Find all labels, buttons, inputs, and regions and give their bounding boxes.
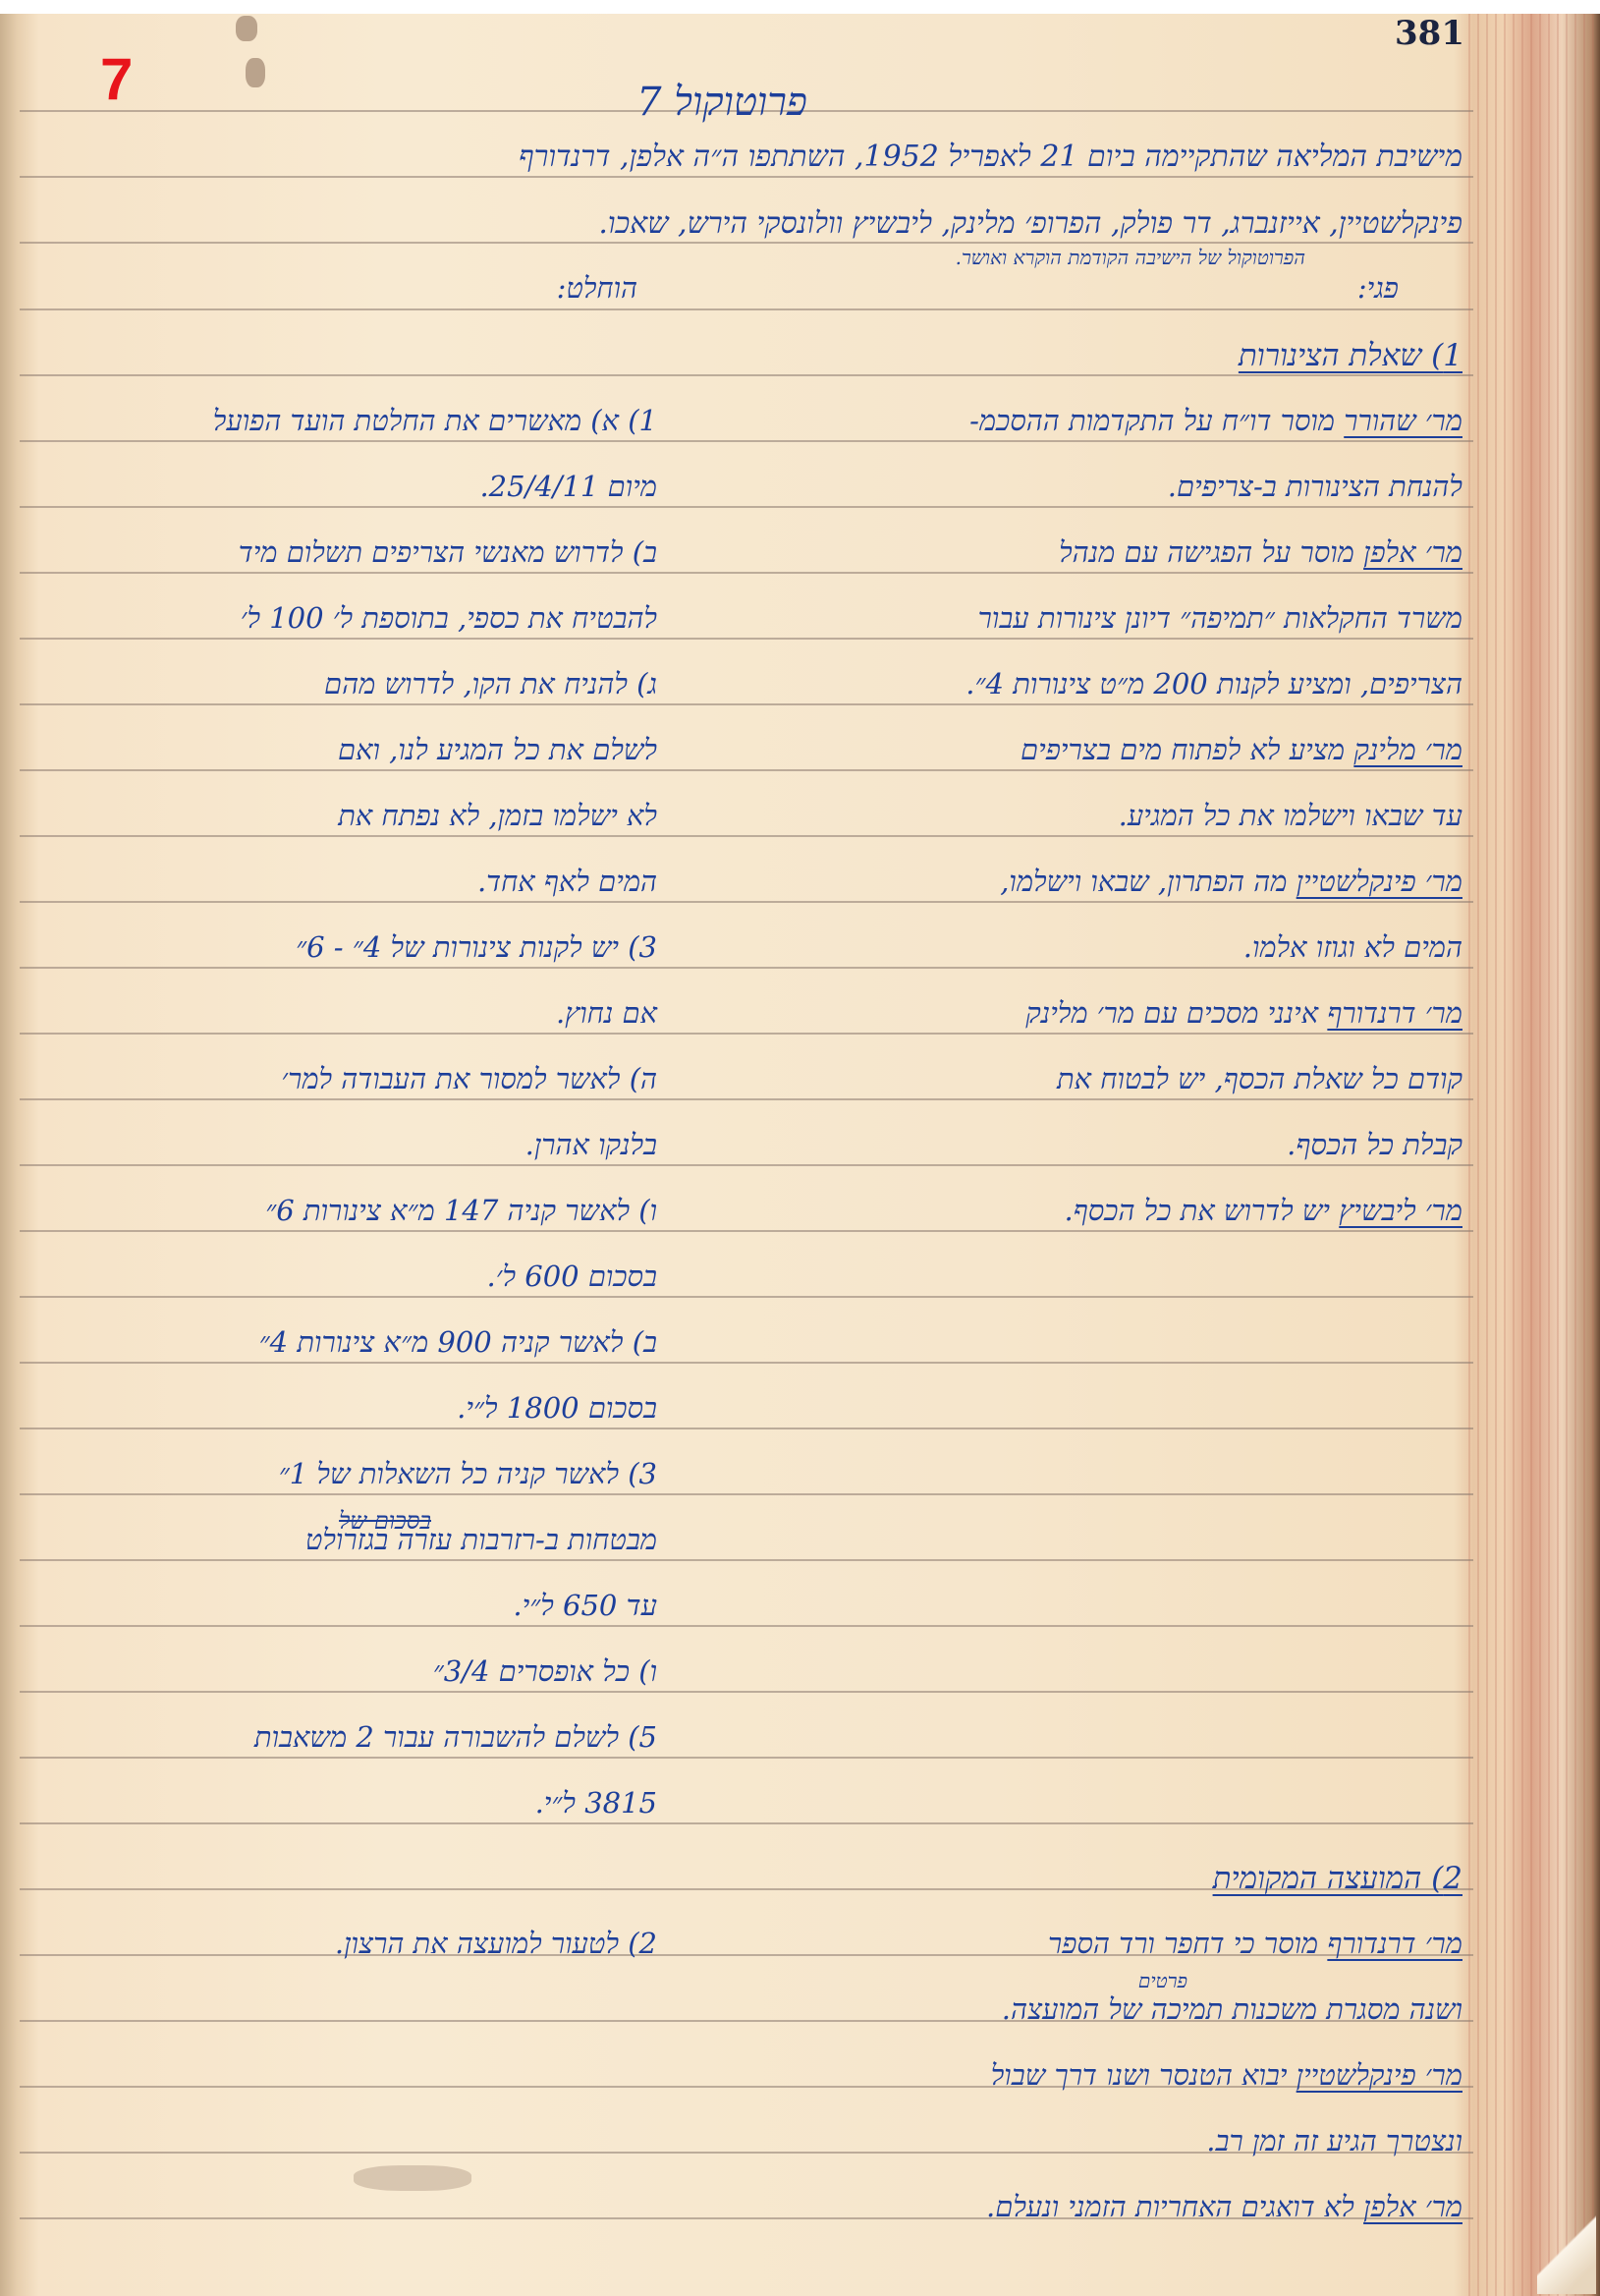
speaker-name: מר׳ פינקלשטיין — [1297, 865, 1462, 898]
speaker-name: מר׳ דרנדורף — [1327, 996, 1462, 1030]
decision-line: המים לאף אחד. — [477, 865, 657, 899]
discussion-text: ושנה מסגרת משכנות תמיכה של המועצה. — [1002, 1992, 1462, 2026]
page-edge-stripes — [1468, 14, 1596, 2296]
discussion-text: יבוא הטנסר ושנו דרך שבול — [991, 2058, 1288, 2092]
ruled-line — [20, 1230, 1473, 1232]
discussion-line: מר׳ דרנדורף מוסר כי דחפר ורד הספר — [1048, 1927, 1462, 1961]
ruled-line — [20, 1822, 1473, 1824]
discussion-text: לא דואגים האחריות הזמני ונעלם. — [986, 2190, 1354, 2223]
ruled-line — [20, 1625, 1473, 1627]
superscript-insert: פרטים — [1138, 1969, 1187, 1993]
discussion-text: קבלת כל הכסף. — [1287, 1128, 1462, 1161]
discussion-line: מר׳ פינקלשטיין יבוא הטנסר ושנו דרך שבול — [991, 2058, 1462, 2093]
ruled-line — [20, 1559, 1473, 1561]
discussion-line: מר׳ ליבשיץ יש לדרוש את כל הכסף. — [1065, 1194, 1462, 1228]
ruled-line — [20, 374, 1473, 376]
decision-line: להבטיח את כספי, בתוספת ל׳ 100 ל׳ — [241, 601, 657, 636]
speaker-name: מר׳ פינקלשטיין — [1297, 2058, 1462, 2092]
ruled-line — [20, 835, 1473, 837]
section-1-heading: 1) שאלת הצינורות — [1239, 338, 1462, 373]
ruled-line — [20, 638, 1473, 640]
discussion-text: יש לדרוש את כל הכסף. — [1065, 1194, 1330, 1227]
ruled-line — [20, 1098, 1473, 1100]
ruled-line — [20, 506, 1473, 508]
speaker-name: מר׳ אלפן — [1363, 2190, 1462, 2223]
discussion-text: הצריפים, ומציע לקנות 200 מ״ט צינורות 4״. — [966, 667, 1462, 700]
ruled-line — [20, 1164, 1473, 1166]
discussion-text: להנחת הצינורות ב-צריפים. — [1168, 470, 1462, 503]
ruled-line — [20, 1691, 1473, 1693]
notebook-page: 7 381 פרוטוקול 7 מישיבת המליאה שהתקיימה … — [0, 14, 1600, 2296]
decision-line: 5) לשלם להשבורה עבור 2 משאבות — [254, 1720, 657, 1755]
decision-line: 1) א) מאשרים את החלטת הועד הפועל — [213, 404, 657, 438]
discussion-text: מוסר על הפגישה עם מנהל — [1059, 535, 1354, 569]
ruled-line — [20, 440, 1473, 442]
decision-line: אם נחוץ. — [556, 996, 657, 1031]
decision-line: בסכום 600 ל׳. — [487, 1260, 657, 1294]
section-2-heading: 2) המועצה המקומית — [1213, 1861, 1462, 1896]
decision-line: מיום 25/4/11. — [479, 470, 657, 504]
discussion-line: מר׳ מלינק מציע לא לפתוח מים בצריפים — [1021, 733, 1462, 767]
discussion-text: קודם כל שאלת הכסף, יש לבטוח את — [1057, 1062, 1462, 1095]
decision-line: ב) לאשר קניה 900 מ״א צינורות 4״ — [259, 1325, 657, 1360]
decision-line: לשלם את כל המגיע לנו, ואם — [338, 733, 657, 767]
discussion-line: הצריפים, ומציע לקנות 200 מ״ט צינורות 4״. — [966, 667, 1462, 701]
discussion-line: מר׳ שהורר מוסר דו״ח על התקדמות ההסכמ- — [969, 404, 1462, 438]
discussion-line: ושנה מסגרת משכנות תמיכה של המועצה. — [1002, 1992, 1462, 2027]
speaker-name: מר׳ שהורר — [1344, 404, 1462, 437]
ruled-line — [20, 308, 1473, 310]
discussion-text: מוסר דו״ח על התקדמות ההסכמ- — [969, 404, 1335, 437]
decision-line: בסכום 1800 ל״י. — [457, 1391, 657, 1426]
page-curl — [1537, 2201, 1596, 2294]
ink-stain — [246, 58, 265, 87]
page-marker-number: 7 — [100, 45, 133, 113]
intro-line-1: מישיבת המליאה שהתקיימה ביום 21 לאפריל 19… — [519, 140, 1462, 174]
ink-stain — [236, 16, 257, 41]
decision-line: ו) לאשר קניה 147 מ״א צינורות 6״ — [265, 1194, 657, 1228]
intro-note: הפרוטוקול של הישיבה הקודמת הוקרא ואושר. — [956, 246, 1305, 270]
discussion-text: מה הפתרון, שבאו וישלמו, — [1000, 865, 1287, 898]
discussion-text: מציע לא לפתוח מים בצריפים — [1021, 733, 1345, 766]
discussion-line: קבלת כל הכסף. — [1287, 1128, 1462, 1162]
speaker-name: מר׳ אלפן — [1363, 535, 1462, 569]
discussion-line: המים לא וגוזו אלמו. — [1243, 930, 1462, 965]
ruled-line — [20, 769, 1473, 771]
decision-line: ה) לאשר למסור את העבודה למר׳ — [281, 1062, 657, 1096]
discussion-line: עד שבאו וישלמו את כל המגיע. — [1119, 799, 1462, 833]
protocol-title: פרוטוקול 7 — [560, 79, 884, 125]
discussion-line: מר׳ פינקלשטיין מה הפתרון, שבאו וישלמו, — [1000, 865, 1462, 899]
speaker-name: מר׳ דרנדורף — [1327, 1927, 1462, 1960]
page-number: 381 — [1395, 14, 1464, 53]
decided-label: הוחלט: — [557, 271, 637, 306]
ruled-line — [20, 901, 1473, 903]
ruled-line — [20, 242, 1473, 244]
ruled-line — [20, 1493, 1473, 1495]
discussion-text: ונצטרך הגיע זה זמן רב. — [1206, 2124, 1462, 2157]
decision-line: בלנקו אהרן. — [525, 1128, 657, 1162]
discussion-text: אינני מסכים עם מר׳ מלינק — [1025, 996, 1318, 1030]
decision-line: 3815 ל״י. — [535, 1786, 657, 1820]
discussion-line: מר׳ דרנדורף אינני מסכים עם מר׳ מלינק — [1025, 996, 1462, 1031]
discussion-text: מוסר כי דחפר ורד הספר — [1048, 1927, 1318, 1960]
intro-line-2: פינקלשטיין, אייזנברג, דר פולק, הפרופ׳ מל… — [598, 206, 1462, 241]
decision-line: 3) לאשר קניה כל השאלות של 1״ — [279, 1457, 657, 1491]
ruled-line — [20, 176, 1473, 178]
discussion-line: ונצטרך הגיע זה זמן רב. — [1206, 2124, 1462, 2158]
decision-line: ג) להניח את הקו, לדרוש מהם — [324, 667, 657, 701]
ruled-line — [20, 967, 1473, 969]
discussion-text: המים לא וגוזו אלמו. — [1243, 930, 1462, 964]
intro-present-label: פגי: — [1357, 271, 1399, 306]
speaker-name: מר׳ ליבשיץ — [1339, 1194, 1462, 1227]
ruled-line — [20, 572, 1473, 574]
decision-line: 3) יש לקנות צינורות של 4״ - 6״ — [296, 930, 657, 965]
decision-line: לא ישלמו בזמן, לא נפתח את — [338, 799, 657, 833]
rust-stain — [354, 2165, 471, 2191]
discussion-line: להנחת הצינורות ב-צריפים. — [1168, 470, 1462, 504]
decision-line: עד 650 ל״י. — [513, 1589, 657, 1623]
ruled-line — [20, 1428, 1473, 1429]
ruled-line — [20, 703, 1473, 705]
decision-line: ו) כל אופסרים 3/4״ — [433, 1654, 657, 1689]
discussion-line: מר׳ אלפן לא דואגים האחריות הזמני ונעלם. — [986, 2190, 1462, 2224]
decision-line: ב) לדרוש מאנשי הצריפים תשלום מיד — [239, 535, 657, 570]
decision-line-section-2: 2) לטעור למועצה את הרצון. — [335, 1927, 657, 1961]
discussion-text: עד שבאו וישלמו את כל המגיע. — [1119, 799, 1462, 832]
discussion-text: משרד החקלאות ״תמיפה״ דיונן צינורות עבור — [978, 601, 1462, 635]
ruled-line — [20, 1033, 1473, 1035]
discussion-line: משרד החקלאות ״תמיפה״ דיונן צינורות עבור — [978, 601, 1462, 636]
discussion-line: קודם כל שאלת הכסף, יש לבטוח את — [1057, 1062, 1462, 1096]
ruled-line — [20, 1362, 1473, 1364]
discussion-line: מר׳ אלפן מוסר על הפגישה עם מנהל — [1059, 535, 1462, 570]
ruled-line — [20, 1757, 1473, 1759]
ruled-line — [20, 1296, 1473, 1298]
decision-line: מבטחות ב-רזרבות עזרה בגזרולט — [305, 1523, 657, 1557]
speaker-name: מר׳ מלינק — [1353, 733, 1462, 766]
